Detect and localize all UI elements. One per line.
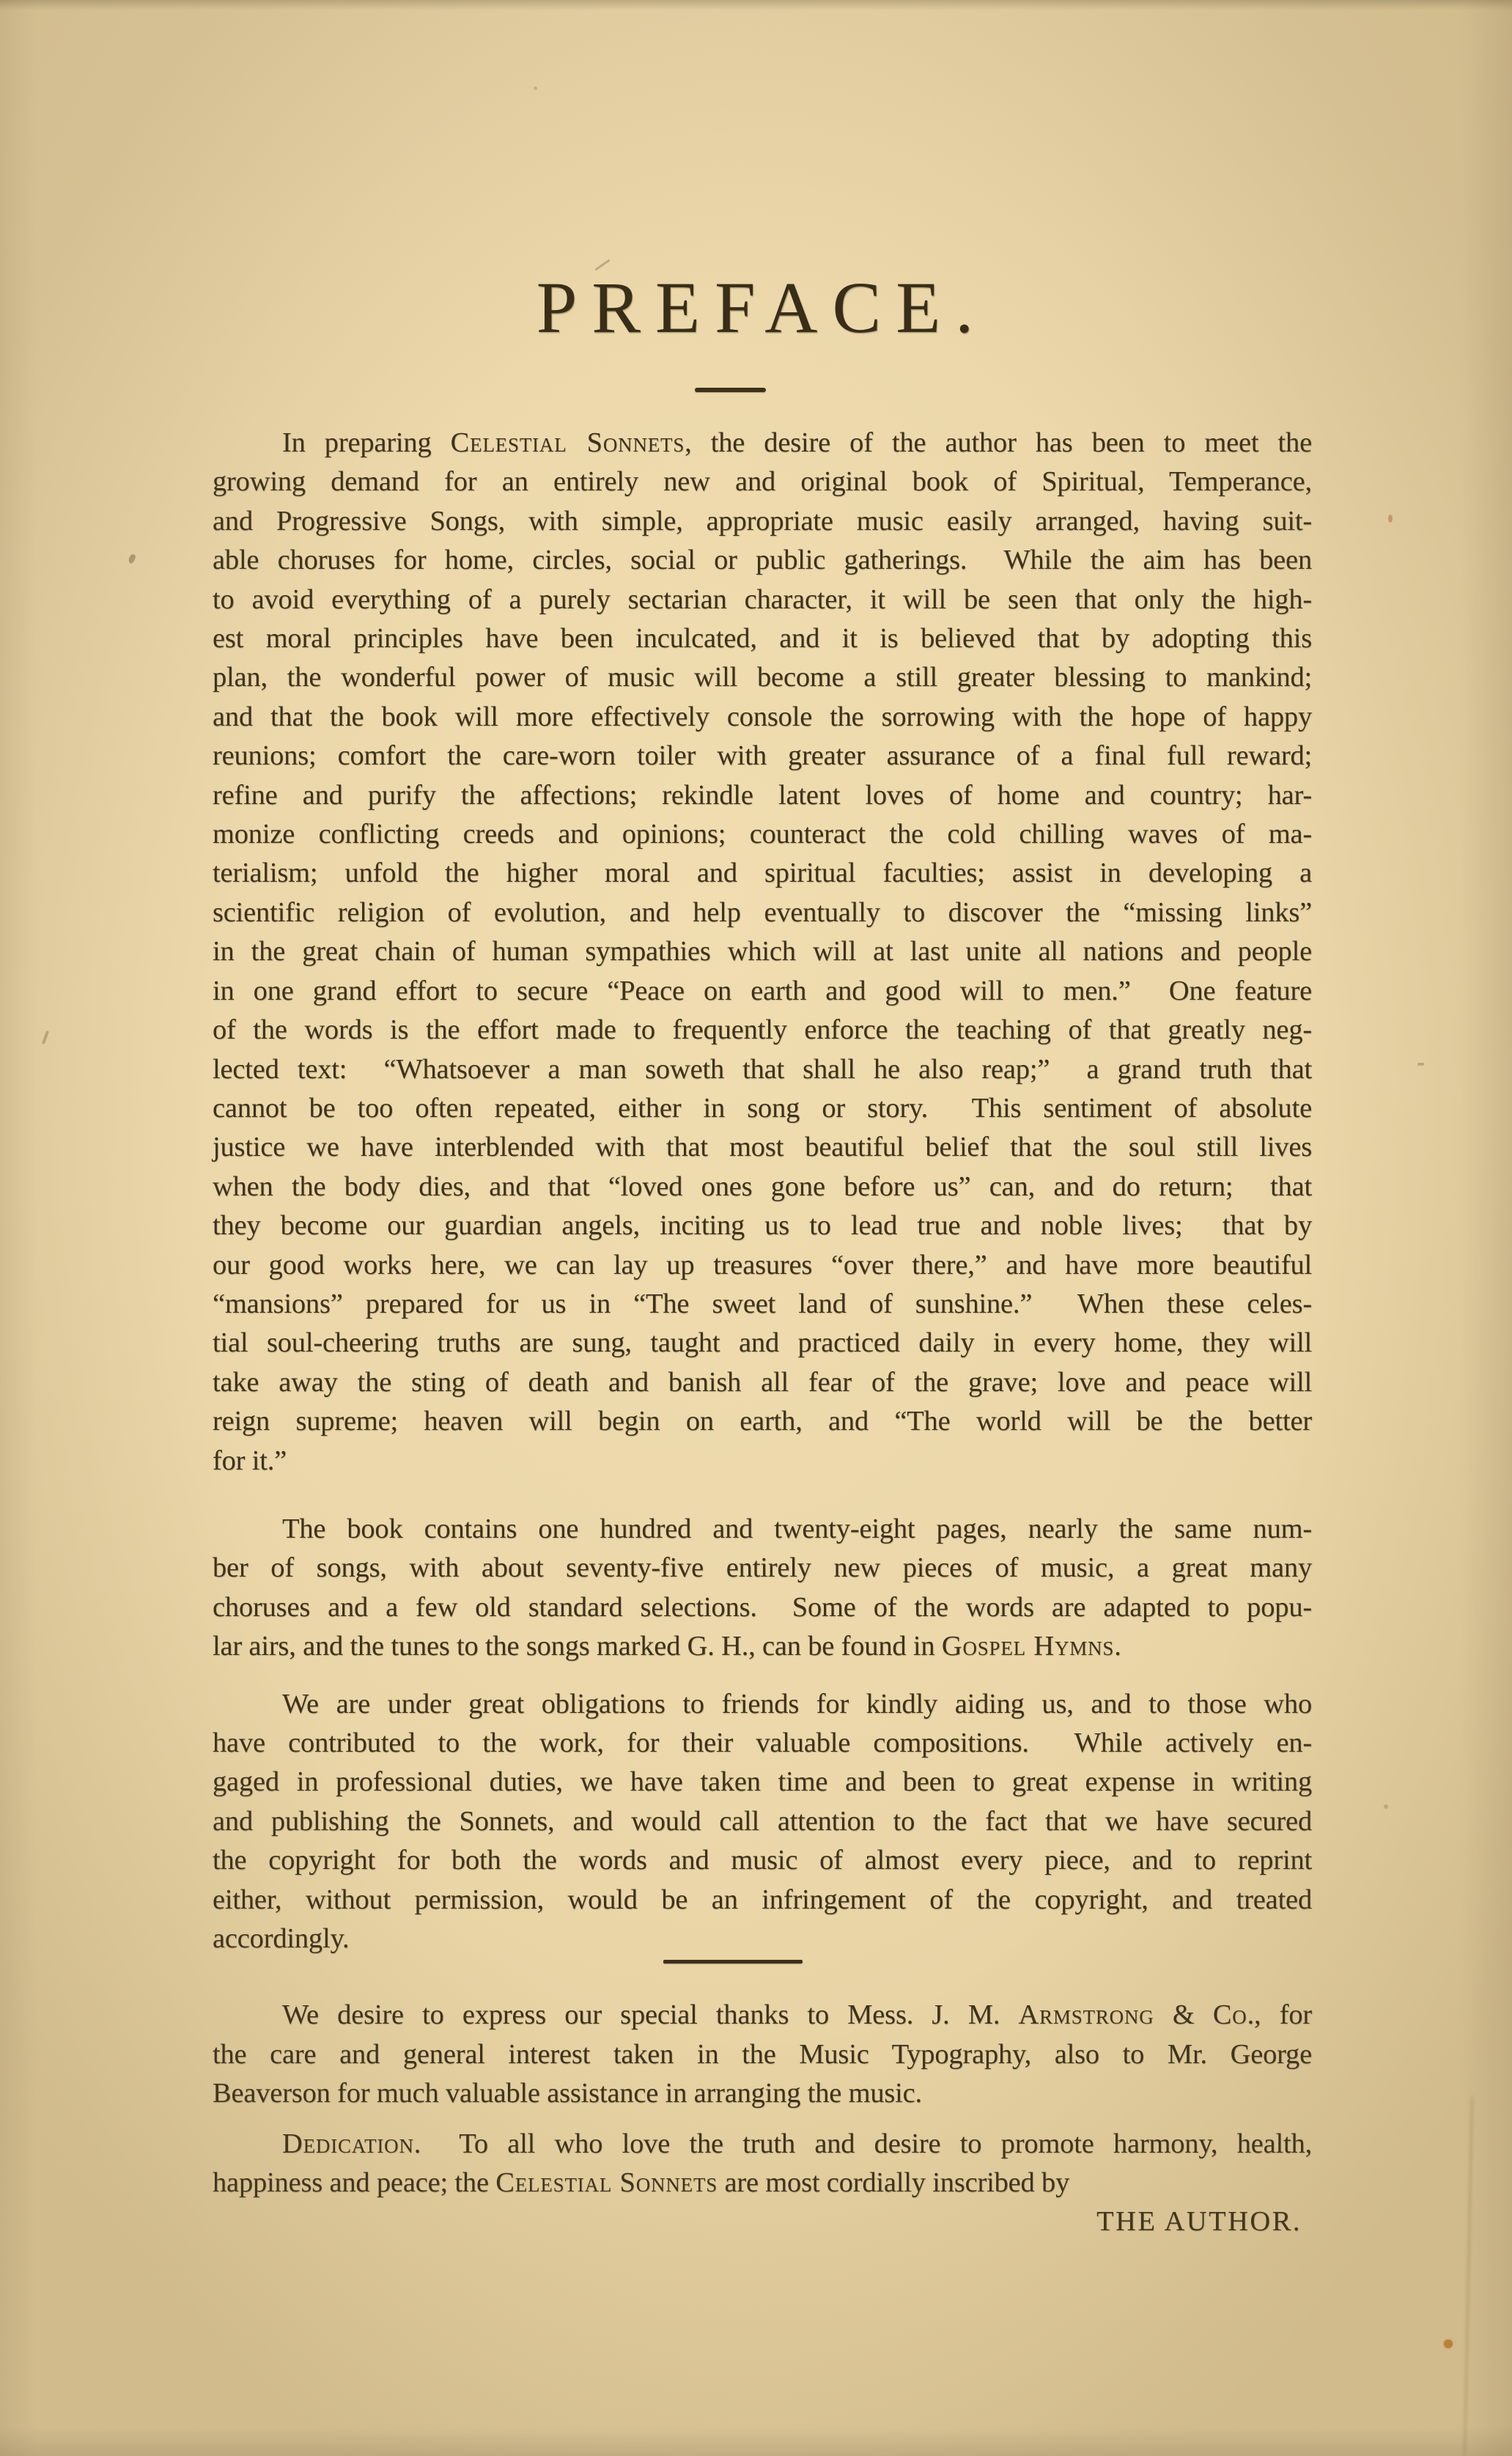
small-caps-text: Gospel Hymns [942,1631,1114,1662]
text-line: in one grand effort to secure “Peace on … [213,972,1312,1011]
paper-stain-dot [1444,2339,1453,2348]
small-caps-text: Armstrong [1019,1999,1154,2030]
text-line: Beaverson for much valuable assistance i… [213,2074,1312,2113]
text-line: happiness and peace; the Celestial Sonne… [213,2164,1312,2202]
text-line: of the words is the effort made to frequ… [213,1011,1312,1050]
paper-speck [42,1030,49,1044]
text-line: in the great chain of human sympathies w… [213,932,1312,971]
text-line: refine and purify the affections; rekind… [213,776,1312,815]
text-line: In preparing Celestial Sonnets, the desi… [213,424,1312,462]
small-caps-text: Celestial Sonnets [495,2167,718,2198]
text-line: plan, the wonderful power of music will … [213,658,1312,697]
text-line: tial soul-cheering truths are sung, taug… [213,1324,1312,1362]
text-line: lar airs, and the tunes to the songs mar… [213,1627,1312,1666]
paper-speck [534,86,537,90]
text-line: “mansions” prepared for us in “The sweet… [213,1285,1312,1324]
preface-body: In preparing Celestial Sonnets, the desi… [213,424,1312,2242]
title-divider-rule [695,388,766,392]
text-line: our good works here, we can lay up treas… [213,1246,1312,1285]
page-title: PREFACE. [213,271,1312,344]
text-line: either, without permission, would be an … [213,1881,1312,1920]
paragraph: The book contains one hundred and twenty… [213,1510,1312,1667]
text-line: accordingly. [213,1920,1312,1958]
text-line: able choruses for home, circles, social … [213,541,1312,580]
text-line: The book contains one hundred and twenty… [213,1510,1312,1549]
text-line: and Progressive Songs, with simple, appr… [213,502,1312,541]
paragraph: Dedication. To all who love the truth an… [213,2125,1312,2203]
text-line: for it.” [213,1442,1312,1480]
text-line: scientific religion of evolution, and he… [213,893,1312,932]
small-caps-text: Dedication [282,2128,414,2159]
text-line: when the body dies, and that “loved ones… [213,1168,1312,1206]
text-line: growing demand for an entirely new and o… [213,462,1312,501]
paper-speck [1417,1063,1424,1066]
text-line: justice we have interblended with that m… [213,1128,1312,1167]
text-line: cannot be too often repeated, either in … [213,1089,1312,1128]
text-line: choruses and a few old standard selectio… [213,1588,1312,1627]
text-line: We are under great obligations to friend… [213,1685,1312,1724]
paper-speck [1384,1804,1388,1809]
text-line: lected text: “Whatsoever a man soweth th… [213,1050,1312,1089]
text-line: terialism; unfold the higher moral and s… [213,854,1312,893]
text-line: reunions; comfort the care-worn toiler w… [213,737,1312,775]
text-line: the care and general interest taken in t… [213,2035,1312,2074]
text-line: and publishing the Sonnets, and would ca… [213,1802,1312,1841]
paragraph: In preparing Celestial Sonnets, the desi… [213,424,1312,1480]
paper-speck [128,553,136,564]
text-line: ber of songs, with about seventy-five en… [213,1549,1312,1587]
text-line: have contributed to the work, for their … [213,1724,1312,1763]
small-caps-text: Celestial Sonnets [451,427,685,458]
paragraph: We are under great obligations to friend… [213,1685,1312,1959]
text-line: they become our guardian angels, incitin… [213,1206,1312,1245]
paper-crease [1464,2096,1473,2456]
text-line: gaged in professional duties, we have ta… [213,1763,1312,1802]
paper-speck [1388,515,1393,523]
text-line: monize conflicting creeds and opinions; … [213,815,1312,854]
text-line: est moral principles have been inculcate… [213,619,1312,658]
author-signature: THE AUTHOR. [213,2202,1312,2241]
small-caps-text: Co [1213,1999,1247,2030]
text-line: reign supreme; heaven will begin on eart… [213,1402,1312,1441]
text-line: and that the book will more effectively … [213,698,1312,737]
paragraphs-container: In preparing Celestial Sonnets, the desi… [213,424,1312,2202]
text-line: to avoid everything of a purely sectaria… [213,580,1312,619]
text-line: We desire to express our special thanks … [213,1996,1312,2035]
text-line: take away the sting of death and banish … [213,1363,1312,1402]
text-line: the copyright for both the words and mus… [213,1841,1312,1880]
text-line: Dedication. To all who love the truth an… [213,2125,1312,2164]
paragraph: We desire to express our special thanks … [213,1996,1312,2113]
book-page: PREFACE. In preparing Celestial Sonnets,… [0,0,1512,2456]
